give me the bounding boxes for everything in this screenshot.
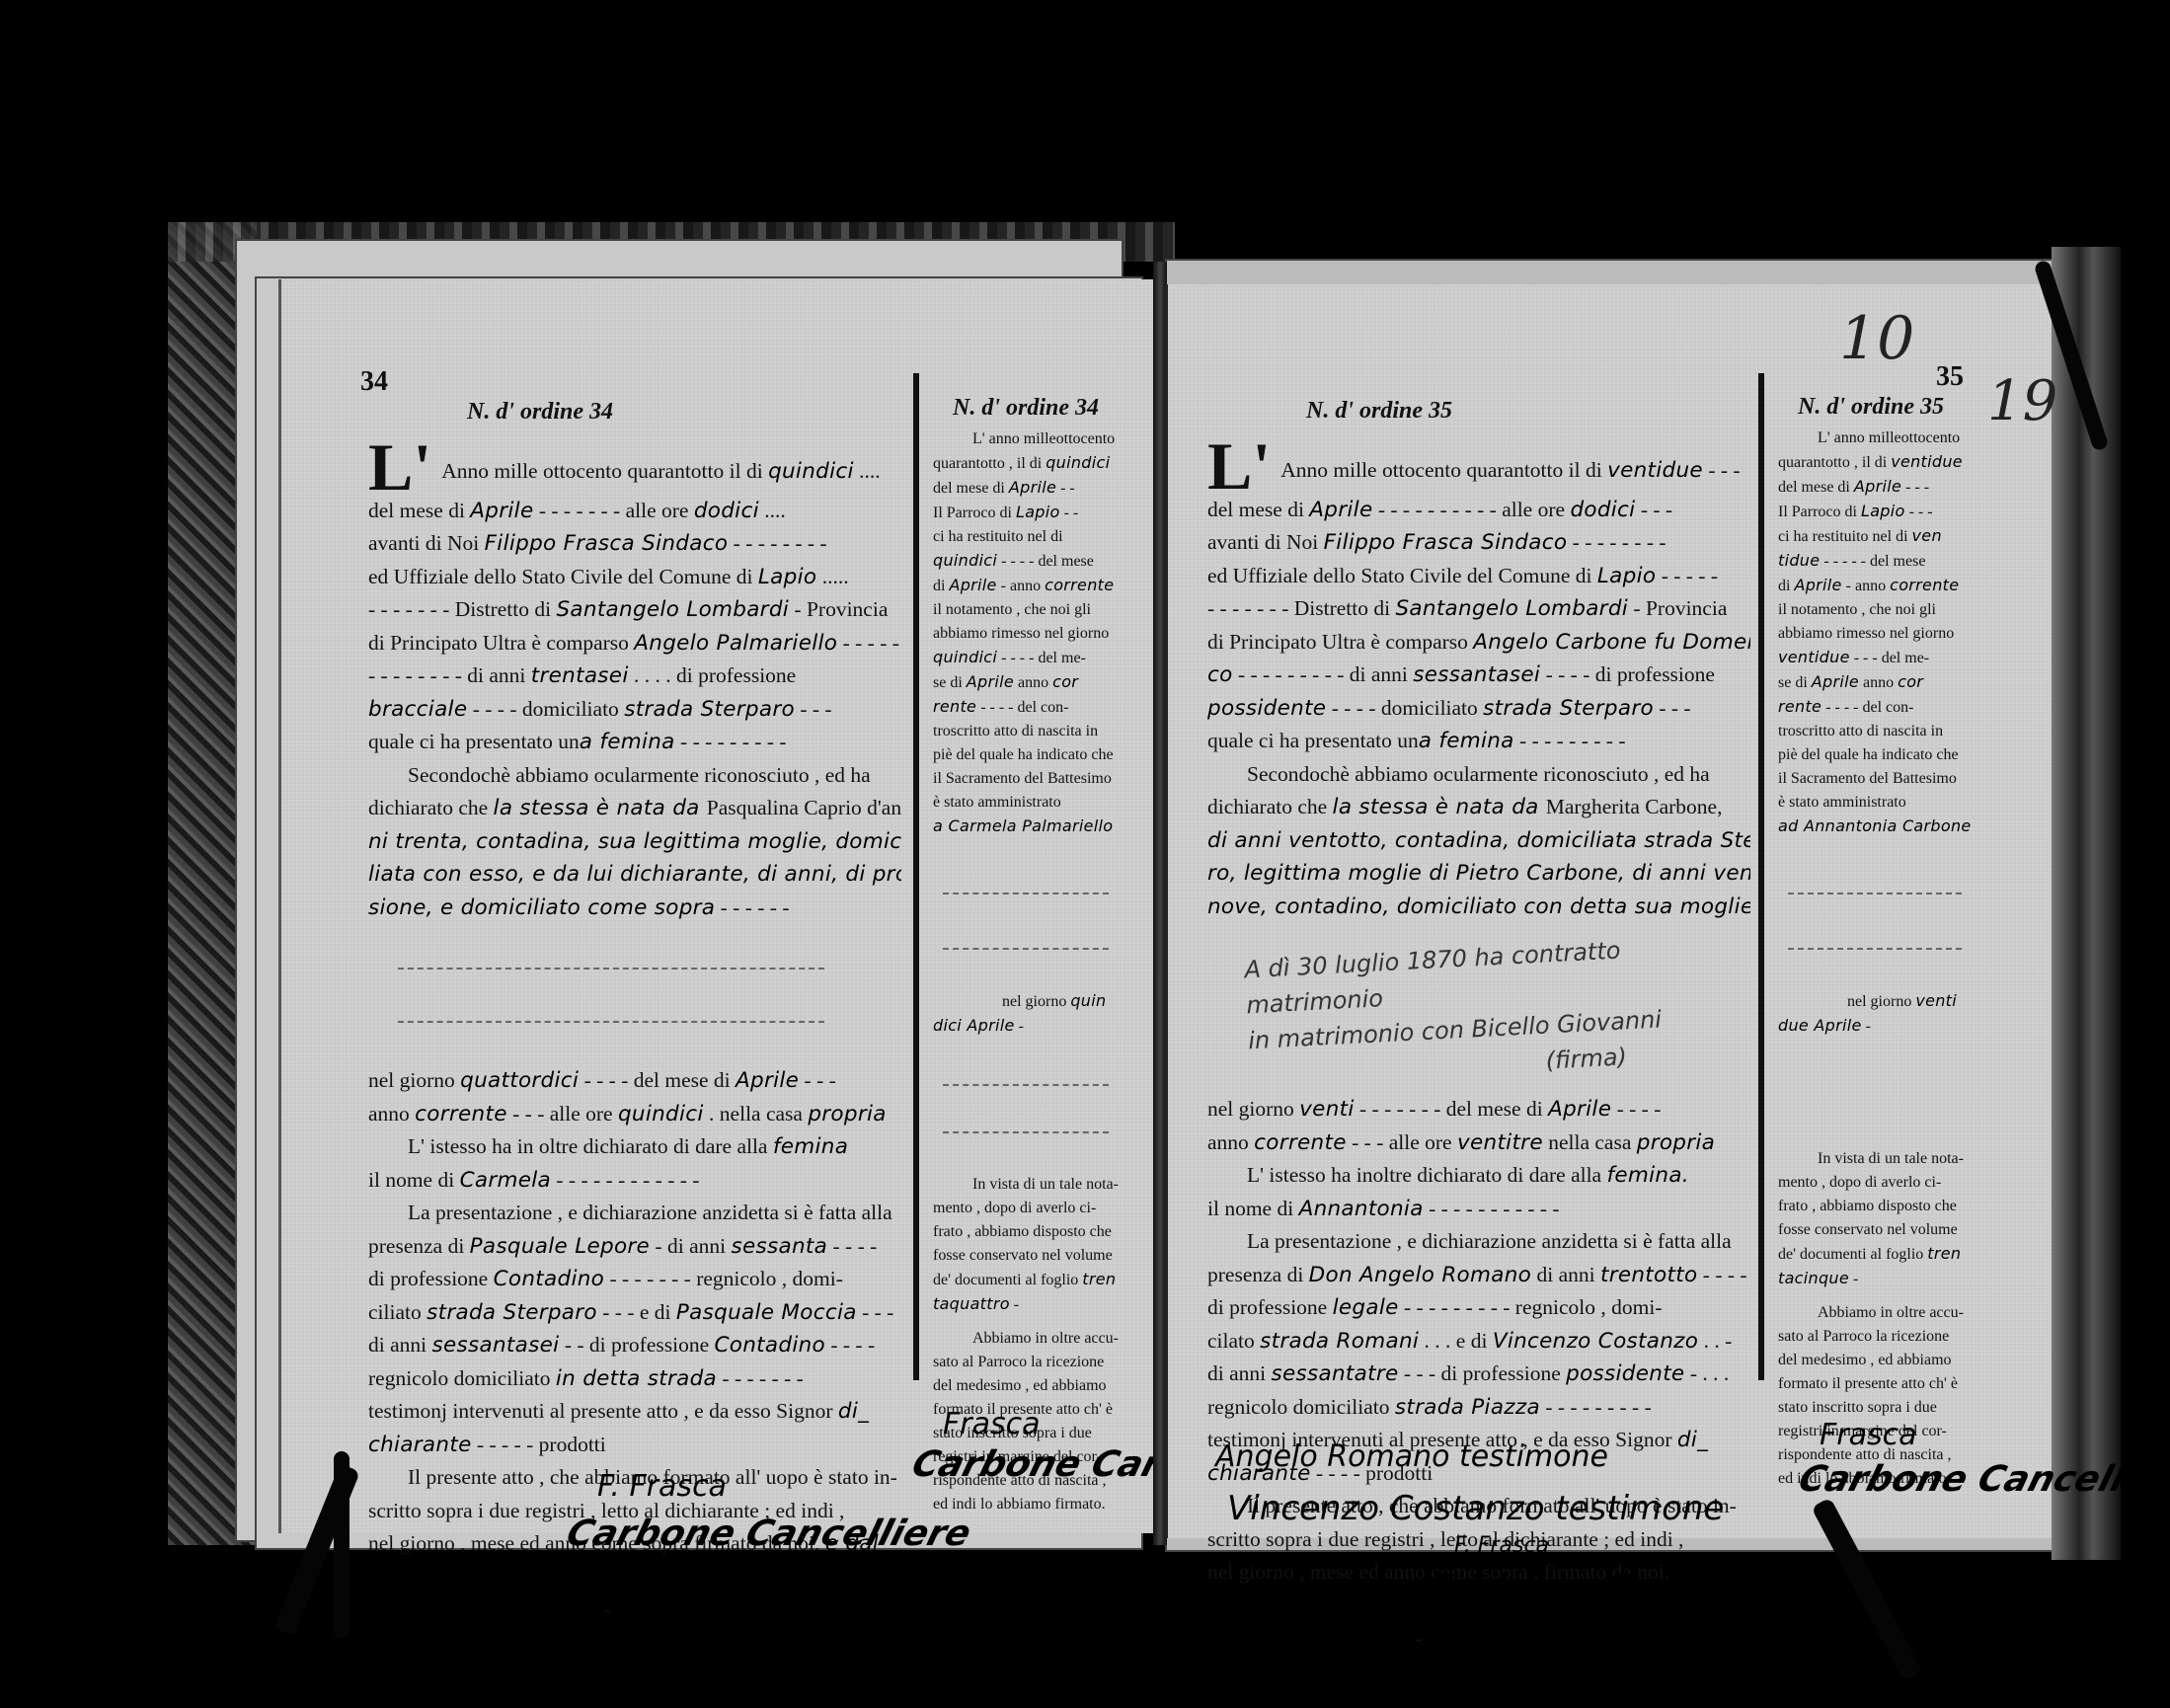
printed-text: dichiarato che — [368, 796, 494, 819]
text-line: tidue - - - - - del mese — [1778, 549, 1995, 574]
text-line: sione, e domiciliato come sopra - - - - … — [368, 892, 901, 925]
printed-text: di anni — [368, 1333, 432, 1357]
printed-text: Abbiamo in oltre accu- — [972, 1330, 1119, 1347]
printed-text: anno — [1859, 674, 1898, 691]
printed-text: il Sacramento del Battesimo — [933, 770, 1112, 787]
text-line: il Sacramento del Battesimo — [933, 767, 1140, 791]
order-number-side: N. d' ordine 35 — [1798, 395, 1995, 419]
column-divider — [1758, 373, 1764, 1380]
text-line: il nome di Carmela - - - - - - - - - - -… — [368, 1164, 901, 1198]
order-number: N. d' ordine 35 — [1306, 395, 1750, 428]
printed-text: - - di professione — [559, 1333, 714, 1357]
printed-text: - - - - - - - Distretto di — [1207, 596, 1395, 620]
printed-text: mento , dopo di averlo ci- — [1778, 1174, 1941, 1191]
text-line: quarantotto , il di quindici — [933, 451, 1140, 476]
printed-text: ..... — [816, 565, 848, 588]
printed-text: stato inscritto sopra i due — [1778, 1399, 1937, 1416]
printed-text: di anni — [1207, 1361, 1272, 1385]
printed-text: de' documenti al foglio — [933, 1272, 1082, 1288]
drop-cap: L' — [368, 439, 431, 495]
text-line: del mese di Aprile - - - - - - - alle or… — [368, 495, 901, 528]
printed-text: di anni — [1531, 1263, 1600, 1286]
printed-text: - - - - - - - - - - - - — [551, 1168, 699, 1192]
text-line: ventidue - - - del me- — [1778, 646, 1995, 670]
text-line: di anni sessantatre - - - di professione… — [1207, 1358, 1750, 1391]
printed-text: - - — [1060, 505, 1079, 521]
printed-text: - - - - - - - - - regnicolo , domi- — [1399, 1295, 1663, 1319]
text-line: L' istesso ha in oltre dichiarato di dar… — [368, 1130, 901, 1164]
text-line: - - - - - - - Distretto di Santangelo Lo… — [1207, 592, 1750, 626]
text-line: La presentazione , e dichiarazione anzid… — [1207, 1225, 1750, 1259]
printed-text: L' istesso ha in oltre dichiarato di dar… — [408, 1134, 773, 1158]
printed-text: - - - - - - - - - - alle ore — [1372, 498, 1570, 521]
printed-text: del mese di — [368, 499, 470, 522]
handwritten-entry: Aprile — [1794, 576, 1841, 594]
printed-text: troscritto atto di nascita in — [933, 723, 1098, 739]
printed-text: Secondochè abbiamo ocularmente riconosci… — [1247, 762, 1710, 786]
printed-text: . nella casa — [704, 1102, 809, 1126]
printed-text: Anno mille ottocento quarantotto il di — [1280, 458, 1607, 482]
text-line: il notamento , che noi gli — [1778, 598, 1995, 622]
text-line: ci ha restituito nel di — [933, 525, 1140, 549]
printed-text: ci ha restituito nel di — [933, 528, 1063, 545]
handwritten-entry: femina. — [1606, 1163, 1688, 1188]
handwritten-entry: Contadino — [714, 1333, 825, 1358]
handwritten-entry: cor — [1898, 672, 1923, 691]
text-line: chiarante - - - - - prodotti — [368, 1429, 901, 1462]
handwritten-entry: di anni ventotto, contadina, domiciliata… — [1207, 828, 1750, 853]
text-line: di Aprile - anno corrente — [1778, 574, 1995, 598]
handwritten-entry: femina — [773, 1134, 848, 1159]
text-line: Cancelliere, avendo il dichiarante, e te… — [368, 1561, 901, 1594]
printed-text: - - - — [1901, 479, 1929, 496]
text-line: Abbiamo in oltre accu- — [1778, 1301, 1995, 1325]
handwritten-entry: trentotto — [1600, 1263, 1697, 1287]
handwritten-entry: quattordici — [460, 1068, 579, 1093]
text-line: Il Parroco di Lapio - - — [933, 501, 1140, 525]
printed-text: di Principato Ultra è comparso — [1207, 630, 1473, 654]
printed-text: nella casa — [1543, 1130, 1637, 1154]
handwritten-entry: dodici — [694, 499, 759, 523]
text-line: piè del quale ha indicato che — [933, 743, 1140, 767]
handwritten-entry: dici Aprile — [933, 1016, 1015, 1035]
text-line: regnicolo domiciliato in detta strada - … — [368, 1362, 901, 1396]
printed-text: - - — [1056, 480, 1075, 497]
printed-text: se di — [933, 674, 967, 691]
printed-text: - Provincia — [1628, 596, 1727, 620]
handwritten-entry: Lapio — [1597, 564, 1656, 588]
handwritten-entry: corrente — [415, 1102, 507, 1126]
printed-text: cilato — [1207, 1329, 1260, 1353]
text-line: regnicolo domiciliato strada Piazza - - … — [1207, 1391, 1750, 1425]
printed-text: anno — [1207, 1130, 1254, 1154]
blank-line — [943, 916, 1109, 950]
text-line: formato il presente atto ch' è — [1778, 1372, 1995, 1396]
handwritten-entry: Filippo Frasca Sindaco — [485, 531, 729, 556]
text-line: liata con esso, e da lui dichiarante, di… — [368, 858, 901, 892]
printed-text: In vista di un tale nota- — [1818, 1150, 1964, 1167]
text-line: dichiarato che la stessa è nata da Pasqu… — [368, 792, 901, 825]
text-line: dici Aprile - — [933, 1014, 1140, 1039]
handwritten-entry: taquattro — [933, 1294, 1010, 1313]
text-line: Secondochè abbiamo ocularmente riconosci… — [1207, 758, 1750, 792]
printed-text: - - - - del con- — [1821, 699, 1913, 716]
text-line: quale ci ha presentato una femina - - - … — [368, 726, 901, 759]
printed-text: - — [1862, 1018, 1871, 1035]
text-line: L' anno milleottocento — [1778, 427, 1995, 450]
printed-text: frato , abbiamo disposto che — [1778, 1198, 1957, 1214]
printed-text: del medesimo , ed abbiamo — [933, 1377, 1107, 1394]
handwritten-entry: Contadino — [494, 1267, 605, 1291]
text-line: due Aprile - — [1778, 1014, 1995, 1039]
printed-text: regnicolo domiciliato — [1207, 1395, 1395, 1419]
printed-text: di professione — [1207, 1295, 1333, 1319]
text-line: a Carmela Palmariello — [933, 815, 1140, 839]
printed-text: del mese di — [933, 480, 1009, 497]
handwritten-entry: propria — [1637, 1130, 1715, 1155]
handwritten-entry: Angelo Palmariello — [634, 631, 837, 656]
handwritten-entry: strada Sterparo — [1483, 696, 1654, 721]
printed-text: mento , dopo di averlo ci- — [933, 1200, 1096, 1216]
handwritten-entry: Aprile — [967, 672, 1014, 691]
handwritten-entry: possidente — [1566, 1361, 1684, 1386]
text-line: di Aprile - anno corrente — [933, 574, 1140, 598]
printed-text: Abbiamo in oltre accu- — [1818, 1304, 1964, 1321]
page-number: 35 — [1936, 361, 1964, 393]
text-line: de' documenti al foglio tren — [933, 1268, 1140, 1292]
printed-text: del mese di — [1778, 479, 1854, 496]
printed-text: - - - — [1905, 504, 1933, 520]
printed-text: - - - - del mese di — [579, 1068, 736, 1092]
printed-text: - - - - domiciliato — [1326, 696, 1483, 720]
handwritten-entry: Pasquale Lepore — [470, 1234, 650, 1259]
text-line: Il Parroco di Lapio - - - — [1778, 500, 1995, 524]
text-line: dichiarato che la stessa è nata da Margh… — [1207, 791, 1750, 824]
handwritten-entry: ad Annantonia Carbone — [1778, 816, 1972, 835]
text-line: rente - - - - del con- — [1778, 695, 1995, 720]
handwritten-entry: Aprile — [470, 499, 533, 523]
text-line: di anni sessantasei - - di professione C… — [368, 1329, 901, 1362]
printed-text: del mese di — [1207, 498, 1309, 521]
printed-text: L' istesso ha inoltre dichiarato di dare… — [1247, 1163, 1606, 1187]
handwritten-entry: a femina — [1419, 729, 1514, 753]
record-body: L' Anno mille ottocento quarantotto il d… — [368, 437, 901, 759]
printed-text: - - - - - prodotti — [472, 1433, 606, 1456]
printed-text: quale ci ha presentato un — [368, 730, 580, 753]
handwritten-entry: quindici — [768, 459, 854, 484]
printed-text: - — [1410, 1626, 1423, 1650]
printed-text: .... — [759, 499, 786, 522]
printed-text: - - - - - - - Distretto di — [368, 597, 556, 621]
text-line: avanti di Noi Filippo Frasca Sindaco - -… — [368, 527, 901, 561]
blank-line — [398, 989, 824, 1023]
side-column: N. d' ordine 35 L' anno milleottocentoqu… — [1778, 395, 1995, 1491]
signature-witness-costanzo: Vincenzo Costanzo testimone — [1227, 1489, 1724, 1528]
handwritten-entry: Aprile — [736, 1068, 799, 1093]
printed-text: abbiamo rimesso nel giorno — [1778, 625, 1954, 642]
corner-mark: 10 — [1839, 304, 1914, 373]
handwritten-entry: Don Angelo Romano — [1309, 1263, 1531, 1287]
text-line: co - - - - - - - - - di anni sessantasei… — [1207, 659, 1750, 692]
printed-text: - di anni — [650, 1234, 731, 1258]
printed-text: - - - alle ore — [507, 1102, 618, 1126]
text-line: presenza di Pasquale Lepore - di anni se… — [368, 1230, 901, 1264]
book-edge-right — [2052, 247, 2121, 1560]
handwritten-entry: co — [1207, 662, 1233, 687]
printed-text: ed Uffiziale dello Stato Civile del Comu… — [1207, 564, 1597, 587]
text-line: ro, legittima moglie di Pietro Carbone, … — [1207, 857, 1750, 891]
text-line: non saper scrivere - — [1207, 1622, 1750, 1656]
printed-text: quarantotto , il di — [933, 455, 1046, 472]
signature-cancelliere: Carbone Cancelliere — [1420, 1568, 1832, 1608]
handwritten-entry: corrente — [1045, 576, 1114, 594]
printed-text: - - - - del con- — [976, 699, 1068, 716]
printed-text: - - - - - - - - - — [1540, 1395, 1652, 1419]
handwritten-entry: dodici — [1570, 498, 1635, 522]
printed-text: Pasqualina Caprio d'an — [707, 796, 901, 819]
handwritten-entry: Aprile — [1309, 498, 1372, 522]
handwritten-entry: ventidue — [1607, 458, 1703, 483]
text-line: sato al Parroco la ricezione — [933, 1351, 1140, 1374]
handwritten-entry: ventidue — [1778, 648, 1850, 666]
printed-text: anno — [1014, 674, 1052, 691]
printed-text: è stato amministrato — [1778, 794, 1906, 811]
printed-text: di professione — [368, 1267, 494, 1290]
signature-frasca-side: Frasca — [943, 1407, 1040, 1441]
text-line: sato al Parroco la ricezione — [1778, 1325, 1995, 1349]
blank-line — [943, 861, 1109, 894]
printed-text: troscritto atto di nascita in — [1778, 723, 1943, 739]
handwritten-entry: Carmela — [460, 1168, 551, 1193]
handwritten-entry: Santangelo Lombardi — [556, 597, 789, 622]
text-line: piè del quale ha indicato che — [1778, 743, 1995, 767]
printed-text: il Sacramento del Battesimo — [1778, 770, 1957, 787]
signature-cancelliere: Carbone Cancelliere — [563, 1514, 975, 1554]
printed-text: abbiamo rimesso nel giorno — [933, 625, 1109, 642]
handwritten-entry: Santangelo Lombardi — [1395, 596, 1628, 621]
printed-text: - anno — [997, 578, 1045, 594]
text-line: nel giorno quin — [933, 989, 1140, 1014]
blank-line — [1788, 916, 1962, 950]
page-number: 34 — [360, 366, 388, 398]
handwritten-entry: tacinque — [1778, 1269, 1849, 1287]
text-line: mento , dopo di averlo ci- — [1778, 1171, 1995, 1195]
handwritten-entry: liata con esso, e da lui dichiarante, di… — [368, 862, 901, 887]
printed-text: - — [1849, 1271, 1858, 1287]
handwritten-entry: strada Romani — [1260, 1329, 1419, 1354]
text-line: nel giorno venti - - - - - - - del mese … — [1207, 1093, 1750, 1126]
handwritten-entry: nove, contadino, domiciliato con detta s… — [1207, 894, 1750, 919]
printed-text: Il Parroco di — [1778, 504, 1861, 520]
handwritten-entry: sessantasei — [432, 1333, 560, 1358]
printed-text: - - - - del mese — [997, 553, 1094, 570]
handwritten-entry: a femina — [580, 730, 675, 754]
handwritten-entry: strada Piazza — [1395, 1395, 1540, 1420]
text-line: il Sacramento del Battesimo — [1778, 767, 1995, 791]
handwritten-entry: Angelo Carbone fu Domeni — [1473, 630, 1750, 655]
blank-line — [943, 1052, 1109, 1086]
printed-text: è stato amministrato — [933, 794, 1061, 811]
printed-text: frato , abbiamo disposto che — [933, 1223, 1112, 1240]
printed-text: se di — [1778, 674, 1812, 691]
handwritten-entry: a Carmela Palmariello — [933, 816, 1113, 835]
printed-text: il nome di — [1207, 1197, 1299, 1220]
printed-text: - - - - - - - - - - - — [1424, 1197, 1560, 1220]
printed-text: - - - — [795, 697, 832, 721]
signature-witness-romano: Angelo Romano testimone — [1215, 1439, 1608, 1474]
printed-text: avanti di Noi — [1207, 530, 1324, 554]
signature-frasca: F. Frasca — [597, 1469, 727, 1504]
text-line: abbiamo rimesso nel giorno — [1778, 622, 1995, 646]
text-line: quindici - - - - del me- — [933, 646, 1140, 670]
printed-text: piè del quale ha indicato che — [933, 746, 1114, 763]
text-line: frato , abbiamo disposto che — [1778, 1195, 1995, 1218]
handwritten-entry: di_ — [838, 1399, 869, 1424]
handwritten-entry: ventidue — [1891, 452, 1963, 471]
printed-text: - — [1015, 1018, 1024, 1035]
text-line: il notamento , che noi gli — [933, 598, 1140, 622]
printed-text: - - - - - - — [715, 895, 789, 919]
text-line: La presentazione , e dichiarazione anzid… — [368, 1197, 901, 1230]
printed-text: Anno mille ottocento quarantotto il di — [441, 459, 768, 483]
marginal-annotation: A dì 30 luglio 1870 ha contratto matrimo… — [1244, 926, 1754, 1094]
printed-text: . . - — [1698, 1329, 1732, 1353]
handwritten-entry: chiarante — [368, 1433, 472, 1457]
text-line: ci ha restituito nel di ven — [1778, 524, 1995, 549]
folio-number: 19 — [1987, 369, 2057, 433]
handwritten-entry: quin — [1070, 991, 1106, 1010]
printed-text: nel giorno — [1847, 993, 1915, 1010]
printed-text: il notamento , che noi gli — [933, 601, 1091, 618]
printed-text: ed indi lo abbiamo firmato. — [933, 1496, 1106, 1513]
handwritten-entry: possidente — [1207, 696, 1326, 721]
printed-text: nel giorno — [1207, 1097, 1299, 1121]
printed-text: - Provincia — [789, 597, 888, 621]
printed-text: . . . . di professione — [629, 663, 797, 687]
printed-text: - - - - - - - - — [1567, 530, 1666, 554]
text-line: del mese di Aprile - - - - - - - - - - a… — [1207, 494, 1750, 527]
handwritten-entry: Aprile — [949, 576, 996, 594]
text-line: nel giorno venti — [1778, 989, 1995, 1014]
handwritten-entry: Lapio — [1016, 503, 1060, 521]
handwritten-entry: Lapio — [758, 565, 816, 589]
text-line: anno corrente - - - alle ore quindici . … — [368, 1098, 901, 1131]
blank-line — [398, 936, 824, 970]
printed-text: sato al Parroco la ricezione — [1778, 1328, 1949, 1345]
text-line: Abbiamo in oltre accu- — [933, 1327, 1140, 1351]
handwritten-entry: ven — [1912, 526, 1942, 545]
handwritten-entry: venti — [1299, 1097, 1354, 1122]
printed-text: - - - - del me- — [997, 650, 1086, 666]
printed-text: - - - - - — [1656, 564, 1718, 587]
printed-text: - - - - - - - — [717, 1366, 804, 1390]
printed-text: - - - - - - - - di anni — [368, 663, 531, 687]
text-line: de' documenti al foglio tren — [1778, 1242, 1995, 1267]
printed-text: - - - - - - - alle ore — [533, 499, 693, 522]
text-line: è stato amministrato — [1778, 791, 1995, 815]
text-line: avanti di Noi Filippo Frasca Sindaco - -… — [1207, 526, 1750, 560]
printed-text: - - - - — [825, 1333, 875, 1357]
handwritten-entry: quindici — [618, 1102, 704, 1126]
printed-text: - - - — [1703, 458, 1741, 482]
handwritten-entry: Vincenzo Costanzo — [1493, 1329, 1698, 1354]
printed-text: ciliato — [368, 1300, 426, 1324]
page-clip-left — [334, 1451, 349, 1639]
handwritten-entry: sessantasei — [1413, 662, 1540, 687]
handwritten-entry: rente — [1778, 697, 1821, 716]
text-line: rente - - - - del con- — [933, 695, 1140, 720]
handwritten-entry: Filippo Frasca Sindaco — [1324, 530, 1568, 555]
printed-text: nel giorno — [1002, 993, 1070, 1010]
text-line: troscritto atto di nascita in — [933, 720, 1140, 743]
text-line: nove, contadino, domiciliato con detta s… — [1207, 891, 1750, 924]
text-line: testimonj intervenuti al presente atto ,… — [368, 1395, 901, 1429]
text-line: del mese di Aprile - - — [933, 476, 1140, 501]
text-line: bracciale - - - - domiciliato strada Ste… — [368, 693, 901, 727]
printed-text: Il Parroco di — [933, 505, 1016, 521]
handwritten-entry: quindici — [933, 648, 997, 666]
handwritten-entry: non saper scrivere — [1207, 1626, 1410, 1651]
printed-text: il nome di — [368, 1168, 460, 1192]
text-line: stato inscritto sopra i due — [1778, 1396, 1995, 1420]
text-line: di anni ventotto, contadina, domiciliata… — [1207, 824, 1750, 858]
printed-text: ed Uffiziale dello Stato Civile del Comu… — [368, 565, 758, 588]
text-line: di Principato Ultra è comparso Angelo Ca… — [1207, 626, 1750, 660]
printed-text: - - - - domiciliato — [467, 697, 624, 721]
text-line: cilato strada Romani . . . e di Vincenzo… — [1207, 1325, 1750, 1359]
text-line: di professione legale - - - - - - - - - … — [1207, 1291, 1750, 1325]
handwritten-entry: sessanta — [731, 1234, 827, 1259]
printed-text: nel giorno — [368, 1068, 460, 1092]
handwritten-entry: di_ — [1677, 1428, 1708, 1452]
text-line: - - - - - - - Distretto di Santangelo Lo… — [368, 593, 901, 627]
handwritten-entry: legale — [1333, 1295, 1399, 1320]
printed-text: - - - - — [827, 1234, 877, 1258]
printed-text: quarantotto , il di — [1778, 454, 1891, 471]
text-line: quarantotto , il di ventidue — [1778, 450, 1995, 475]
handwritten-entry: quindici — [933, 551, 997, 570]
text-line: il nome di Annantonia - - - - - - - - - … — [1207, 1193, 1750, 1226]
text-line: In vista di un tale nota- — [1778, 1147, 1995, 1171]
printed-text: anno — [368, 1102, 415, 1126]
printed-text: - - - - - del mese — [1820, 553, 1925, 570]
text-line: anno corrente - - - alle ore ventitre ne… — [1207, 1126, 1750, 1160]
handwritten-entry: di non saper scrivere — [368, 1597, 598, 1622]
text-line: presenza di Don Angelo Romano di anni tr… — [1207, 1259, 1750, 1292]
text-line: se di Aprile anno cor — [933, 670, 1140, 695]
handwritten-entry: rente — [933, 697, 976, 716]
handwritten-entry: bracciale — [368, 697, 467, 722]
printed-text: - - - - - - - - - di anni — [1233, 662, 1414, 686]
text-line: del medesimo , ed abbiamo — [933, 1374, 1140, 1398]
printed-text: - - - e di — [597, 1300, 676, 1324]
text-line: di non saper scrivere - — [368, 1593, 901, 1627]
printed-text: di — [933, 578, 949, 594]
handwritten-entry: corrente — [1254, 1130, 1347, 1155]
handwritten-entry: Aprile — [1009, 478, 1056, 497]
printed-text: piè del quale ha indicato che — [1778, 746, 1959, 763]
printed-text: ci ha restituito nel di — [1778, 528, 1912, 545]
printed-text: fosse conservato nel volume — [933, 1247, 1113, 1264]
text-line: fosse conservato nel volume — [933, 1244, 1140, 1268]
handwritten-entry: Lapio — [1861, 502, 1905, 520]
text-line: frato , abbiamo disposto che — [933, 1220, 1140, 1244]
handwritten-entry: cor — [1052, 672, 1078, 691]
printed-text: testimonj intervenuti al presente atto ,… — [368, 1399, 838, 1423]
printed-text: . . . e di — [1419, 1329, 1493, 1353]
signature-cancelliere-side: Carbone Cancelliere — [1795, 1459, 2170, 1500]
handwritten-entry: tren — [1082, 1270, 1116, 1288]
